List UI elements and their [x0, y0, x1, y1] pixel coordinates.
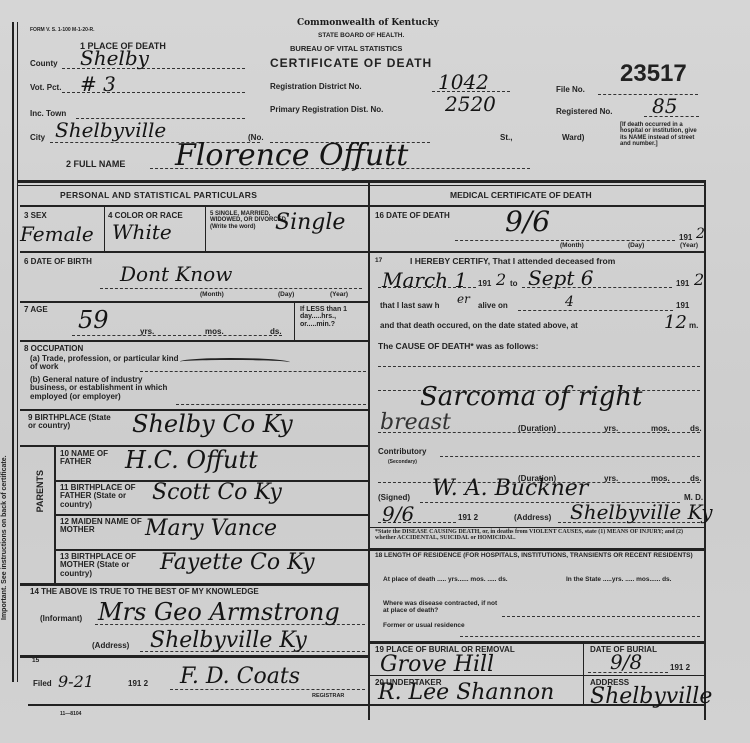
- father-name-value: H.C. Offutt: [125, 446, 258, 474]
- death-time-value: 12: [664, 312, 687, 333]
- age-line: [72, 335, 282, 336]
- age-label: 7 AGE: [24, 306, 48, 314]
- dob-line: [100, 288, 362, 289]
- secondary-label: (Secondary): [388, 460, 417, 465]
- signed-date: 9/6: [382, 502, 414, 526]
- occupation-a-dash-mark: [180, 358, 290, 366]
- less-than-day: If LESS than 1 day.....hrs., or.....min.…: [300, 306, 366, 328]
- death-certificate: Important. See instructions on back of c…: [0, 0, 750, 743]
- race-marital-divider: [205, 207, 206, 251]
- father-birthplace-value: Scott Co Ky: [152, 480, 282, 505]
- age-yrs-label: yrs.: [140, 328, 154, 336]
- registration-district-label: Registration District No.: [270, 83, 362, 91]
- full-name-value: Florence Offutt: [175, 138, 408, 173]
- mother-name-label: 12 MAIDEN NAME OF MOTHER: [60, 518, 150, 535]
- age-ds-label: ds.: [270, 328, 282, 336]
- cause-heading: The CAUSE OF DEATH* was as follows:: [378, 342, 538, 351]
- occupation-b-line: [176, 404, 366, 405]
- certify-number: 17: [375, 258, 382, 265]
- at-place-label: At place of death ..... yrs...... mos. .…: [383, 577, 563, 584]
- attended-to: Sept 6: [528, 266, 593, 290]
- city-label: City: [30, 134, 45, 142]
- vot-pct-label: Vot. Pct.: [30, 84, 61, 92]
- commonwealth-heading: Commonwealth of Kentucky: [297, 18, 439, 28]
- row-rule-10: [20, 655, 368, 658]
- sex-label: 3 SEX: [24, 212, 47, 220]
- race-value: White: [112, 220, 172, 244]
- duration-ds-2: ds.: [690, 475, 702, 483]
- occupation-label: 8 OCCUPATION: [24, 345, 83, 353]
- informant-label: (Informant): [40, 615, 82, 623]
- city-value: Shelbyville: [55, 118, 166, 142]
- father-birthplace-label: 11 BIRTHPLACE OF FATHER (State or countr…: [60, 484, 150, 509]
- file-no-line: [598, 94, 698, 95]
- ward-label: Ward): [562, 134, 584, 142]
- attended-from: March 1: [382, 268, 467, 292]
- registered-no-label: Registered No.: [556, 108, 612, 116]
- certificate-title: CERTIFICATE OF DEATH: [270, 57, 432, 70]
- death-time-text: and that death occured, on the date stat…: [380, 322, 578, 330]
- occupation-a-label: (a) Trade, profession, or particular kin…: [30, 355, 180, 372]
- last-saw-line: [518, 310, 673, 311]
- filed-number: 15: [32, 658, 39, 665]
- date-of-death-value: 9/6: [505, 205, 550, 238]
- duration-label-1: (Duration): [518, 425, 556, 433]
- age-mos-label: mos.: [205, 328, 224, 336]
- left-border: [12, 22, 14, 682]
- death-month-label: (Month): [560, 243, 584, 250]
- dob-month-label: (Month): [200, 292, 224, 299]
- former-residence-label: Former or usual residence: [383, 623, 473, 630]
- death-year-label: (Year): [680, 243, 698, 250]
- registrar-line: [170, 689, 365, 690]
- informant-value: Mrs Geo Armstrong: [98, 598, 340, 626]
- dob-year-label: (Year): [330, 292, 348, 299]
- med-rule-1: [370, 251, 704, 253]
- alive-on-text: alive on: [478, 302, 508, 310]
- bureau-heading: BUREAU OF VITAL STATISTICS: [290, 45, 402, 53]
- duration-mos-1: mos.: [651, 425, 670, 433]
- vot-pct-value: # 3: [80, 72, 116, 96]
- registered-no-value: 85: [652, 94, 677, 118]
- primary-registration-value: 2520: [445, 92, 496, 116]
- med-rule-3: [370, 641, 704, 644]
- file-no-label: File No.: [556, 86, 585, 94]
- registrar-label: REGISTRAR: [312, 694, 344, 700]
- med-rule-4: [370, 675, 704, 676]
- contributory-label: Contributory: [378, 448, 426, 456]
- signed-address-value: Shelbyville Ky: [570, 500, 713, 524]
- former-residence-line: [460, 636, 700, 637]
- signed-year: 191 2: [458, 514, 478, 522]
- death-day-label: (Day): [628, 243, 644, 250]
- contributory-line: [440, 456, 700, 457]
- primary-registration-label: Primary Registration Dist. No.: [270, 106, 383, 114]
- death-year-value: 2: [696, 226, 705, 242]
- date-of-death-label: 16 DATE OF DEATH: [375, 212, 450, 220]
- cause-line1: Sarcoma of right: [420, 382, 643, 412]
- duration-yrs-2: yrs.: [604, 475, 618, 483]
- dob-label: 6 DATE OF BIRTH: [24, 258, 92, 266]
- hospital-note: [If death occurred in a hospital or inst…: [620, 122, 702, 147]
- mother-name-value: Mary Vance: [145, 516, 277, 541]
- last-saw-date: 4: [565, 294, 574, 310]
- duration-ds-1: ds.: [690, 425, 702, 433]
- file-no-value: 23517: [620, 60, 687, 88]
- duration-mos-2: mos.: [651, 475, 670, 483]
- duration-yrs-1: yrs.: [604, 425, 618, 433]
- footnote-rule: [370, 527, 704, 528]
- informant-heading: 14 THE ABOVE IS TRUE TO THE BEST OF MY K…: [30, 588, 259, 596]
- last-saw-pronoun: er: [457, 292, 470, 306]
- in-state-label: In the State .....yrs. ..... mos...... d…: [566, 577, 706, 584]
- filed-label: Filed: [33, 680, 52, 688]
- age-value: 59: [78, 306, 109, 334]
- attended-from-year: 2: [496, 270, 506, 289]
- signed-value: W. A. Buckner: [432, 476, 588, 501]
- row-rule-9: [20, 583, 368, 586]
- occupation-b-label: (b) General nature of industry business,…: [30, 376, 180, 401]
- undertaker-address-value: Shelbyville: [590, 684, 712, 709]
- occupation-a-line: [140, 371, 366, 372]
- father-name-label: 10 NAME OF FATHER: [60, 450, 120, 467]
- informant-address-label: (Address): [92, 642, 129, 650]
- cause-footnote: *State the DISEASE CAUSING DEATH, or, in…: [375, 529, 703, 542]
- contracted-line: [502, 616, 700, 617]
- registrar-value: F. D. Coats: [180, 664, 300, 689]
- burial-date-value: 9/8: [610, 650, 642, 674]
- personal-heading: PERSONAL AND STATISTICAL PARTICULARS: [60, 191, 257, 200]
- filed-date: 9-21: [58, 672, 94, 691]
- residence-heading: 18 LENGTH OF RESIDENCE (FOR HOSPITALS, I…: [375, 553, 703, 560]
- form-number: FORM V. S. 1-100 M-1-20-R.: [30, 28, 95, 33]
- row-rule-1: [20, 251, 368, 253]
- age-divider: [294, 303, 295, 340]
- burial-year: 191 2: [670, 664, 690, 672]
- contracted-label: Where was disease contracted, if not at …: [383, 601, 503, 615]
- last-saw-text: that I last saw h: [380, 302, 440, 310]
- birthplace-value: Shelby Co Ky: [132, 410, 293, 438]
- row-rule-2: [20, 301, 368, 303]
- med-rule-2: [370, 548, 704, 551]
- birthplace-label: 9 BIRTHPLACE (State or country): [28, 414, 118, 431]
- dob-day-label: (Day): [278, 292, 294, 299]
- center-divider: [368, 183, 370, 720]
- sex-value: Female: [20, 222, 94, 246]
- medical-heading: MEDICAL CERTIFICATE OF DEATH: [450, 191, 592, 200]
- mother-birthplace-label: 13 BIRTHPLACE OF MOTHER (State or countr…: [60, 553, 150, 578]
- dob-value: Dont Know: [120, 262, 232, 286]
- st-label: St.,: [500, 134, 512, 142]
- row-rule-3: [20, 340, 368, 342]
- death-time-suffix: m.: [689, 322, 698, 330]
- left-border-inner: [17, 22, 18, 682]
- cause-line2: breast: [380, 410, 451, 435]
- undertaker-value: R. Lee Shannon: [378, 680, 554, 705]
- county-value: Shelby: [80, 46, 149, 70]
- header-divider: [18, 180, 706, 183]
- marital-value: Single: [275, 210, 345, 235]
- certify-text: I HEREBY CERTIFY, That I attended deceas…: [410, 257, 615, 266]
- mother-birthplace-value: Fayette Co Ky: [160, 550, 315, 575]
- personal-heading-rule: [20, 205, 368, 207]
- side-note: Important. See instructions on back of c…: [1, 400, 8, 620]
- right-border: [704, 180, 706, 720]
- full-name-label: 2 FULL NAME: [66, 160, 125, 169]
- county-label: County: [30, 60, 58, 68]
- informant-address-value: Shelbyville Ky: [150, 628, 307, 653]
- sex-race-divider: [104, 207, 105, 251]
- signed-address-label: (Address): [514, 514, 551, 522]
- board-heading: STATE BOARD OF HEALTH.: [318, 33, 404, 40]
- attended-to-year: 2: [694, 270, 704, 289]
- burial-place-value: Grove Hill: [380, 652, 494, 677]
- footer-code: 11—8104: [60, 712, 81, 717]
- parents-label: PARENTS: [36, 470, 45, 512]
- header-divider-thin: [18, 185, 706, 186]
- date-of-death-line: [455, 240, 675, 241]
- cause-line-1: [378, 366, 700, 367]
- filed-year: 191 2: [128, 680, 148, 688]
